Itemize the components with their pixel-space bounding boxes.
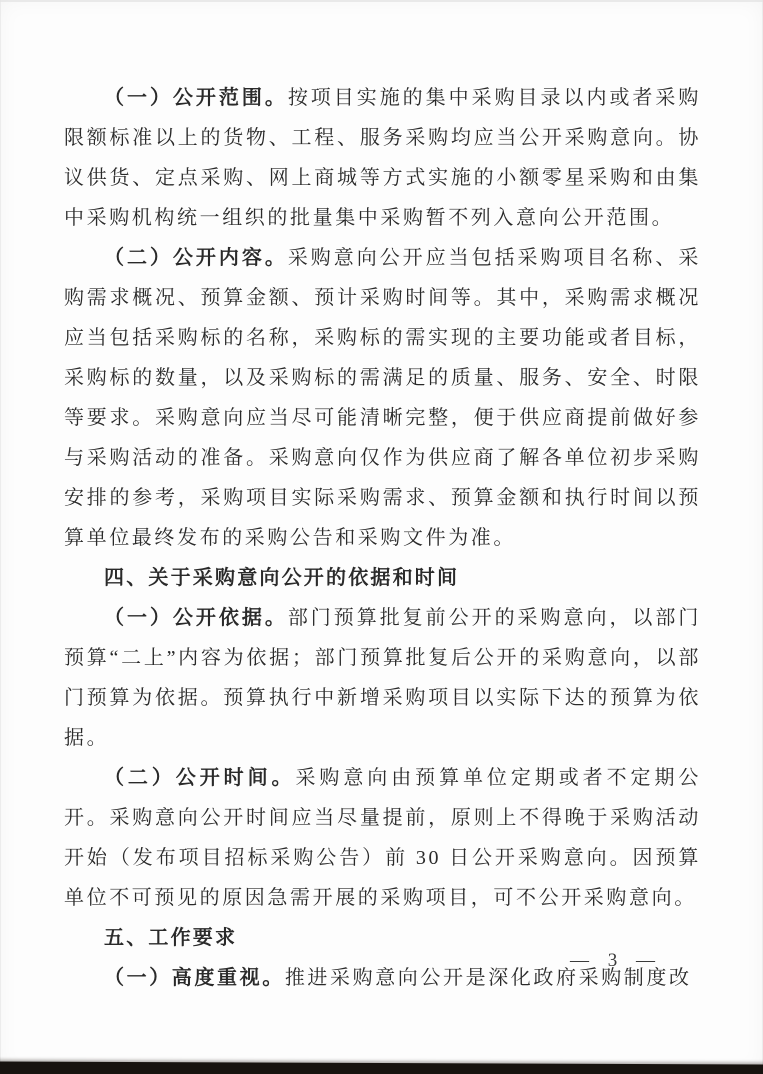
section-heading-basis-and-time: 四、关于采购意向公开的依据和时间 xyxy=(64,558,701,598)
scan-edge-left xyxy=(0,0,1,1074)
paragraph-lead: （一）公开范围。 xyxy=(104,87,288,109)
document-page: （一）公开范围。按项目实施的集中采购目录以内或者采购限额标准以上的货物、工程、服… xyxy=(0,0,763,1074)
paragraph-lead: （二）公开时间。 xyxy=(104,767,295,789)
paragraph-open-content: （二）公开内容。采购意向公开应当包括采购项目名称、采购需求概况、预算金额、预计采… xyxy=(64,238,701,558)
scan-edge-top xyxy=(0,0,763,2)
paragraph-open-scope: （一）公开范围。按项目实施的集中采购目录以内或者采购限额标准以上的货物、工程、服… xyxy=(64,78,701,238)
paragraph-lead: （一）高度重视。 xyxy=(104,967,285,989)
page-number: — 3 — xyxy=(570,946,657,976)
paragraph-lead: （一）公开依据。 xyxy=(104,607,288,629)
paragraph-open-time: （二）公开时间。采购意向由预算单位定期或者不定期公开。采购意向公开时间应当尽量提… xyxy=(64,758,701,918)
scan-artifact-bottom-bar xyxy=(0,1061,763,1074)
document-body: （一）公开范围。按项目实施的集中采购目录以内或者采购限额标准以上的货物、工程、服… xyxy=(64,78,701,998)
paragraph-lead: （二）公开内容。 xyxy=(104,247,288,269)
paragraph-text: 采购意向公开应当包括采购项目名称、采购需求概况、预算金额、预计采购时间等。其中，… xyxy=(64,247,701,549)
paragraph-open-basis: （一）公开依据。部门预算批复前公开的采购意向，以部门预算“二上”内容为依据；部门… xyxy=(64,598,701,758)
